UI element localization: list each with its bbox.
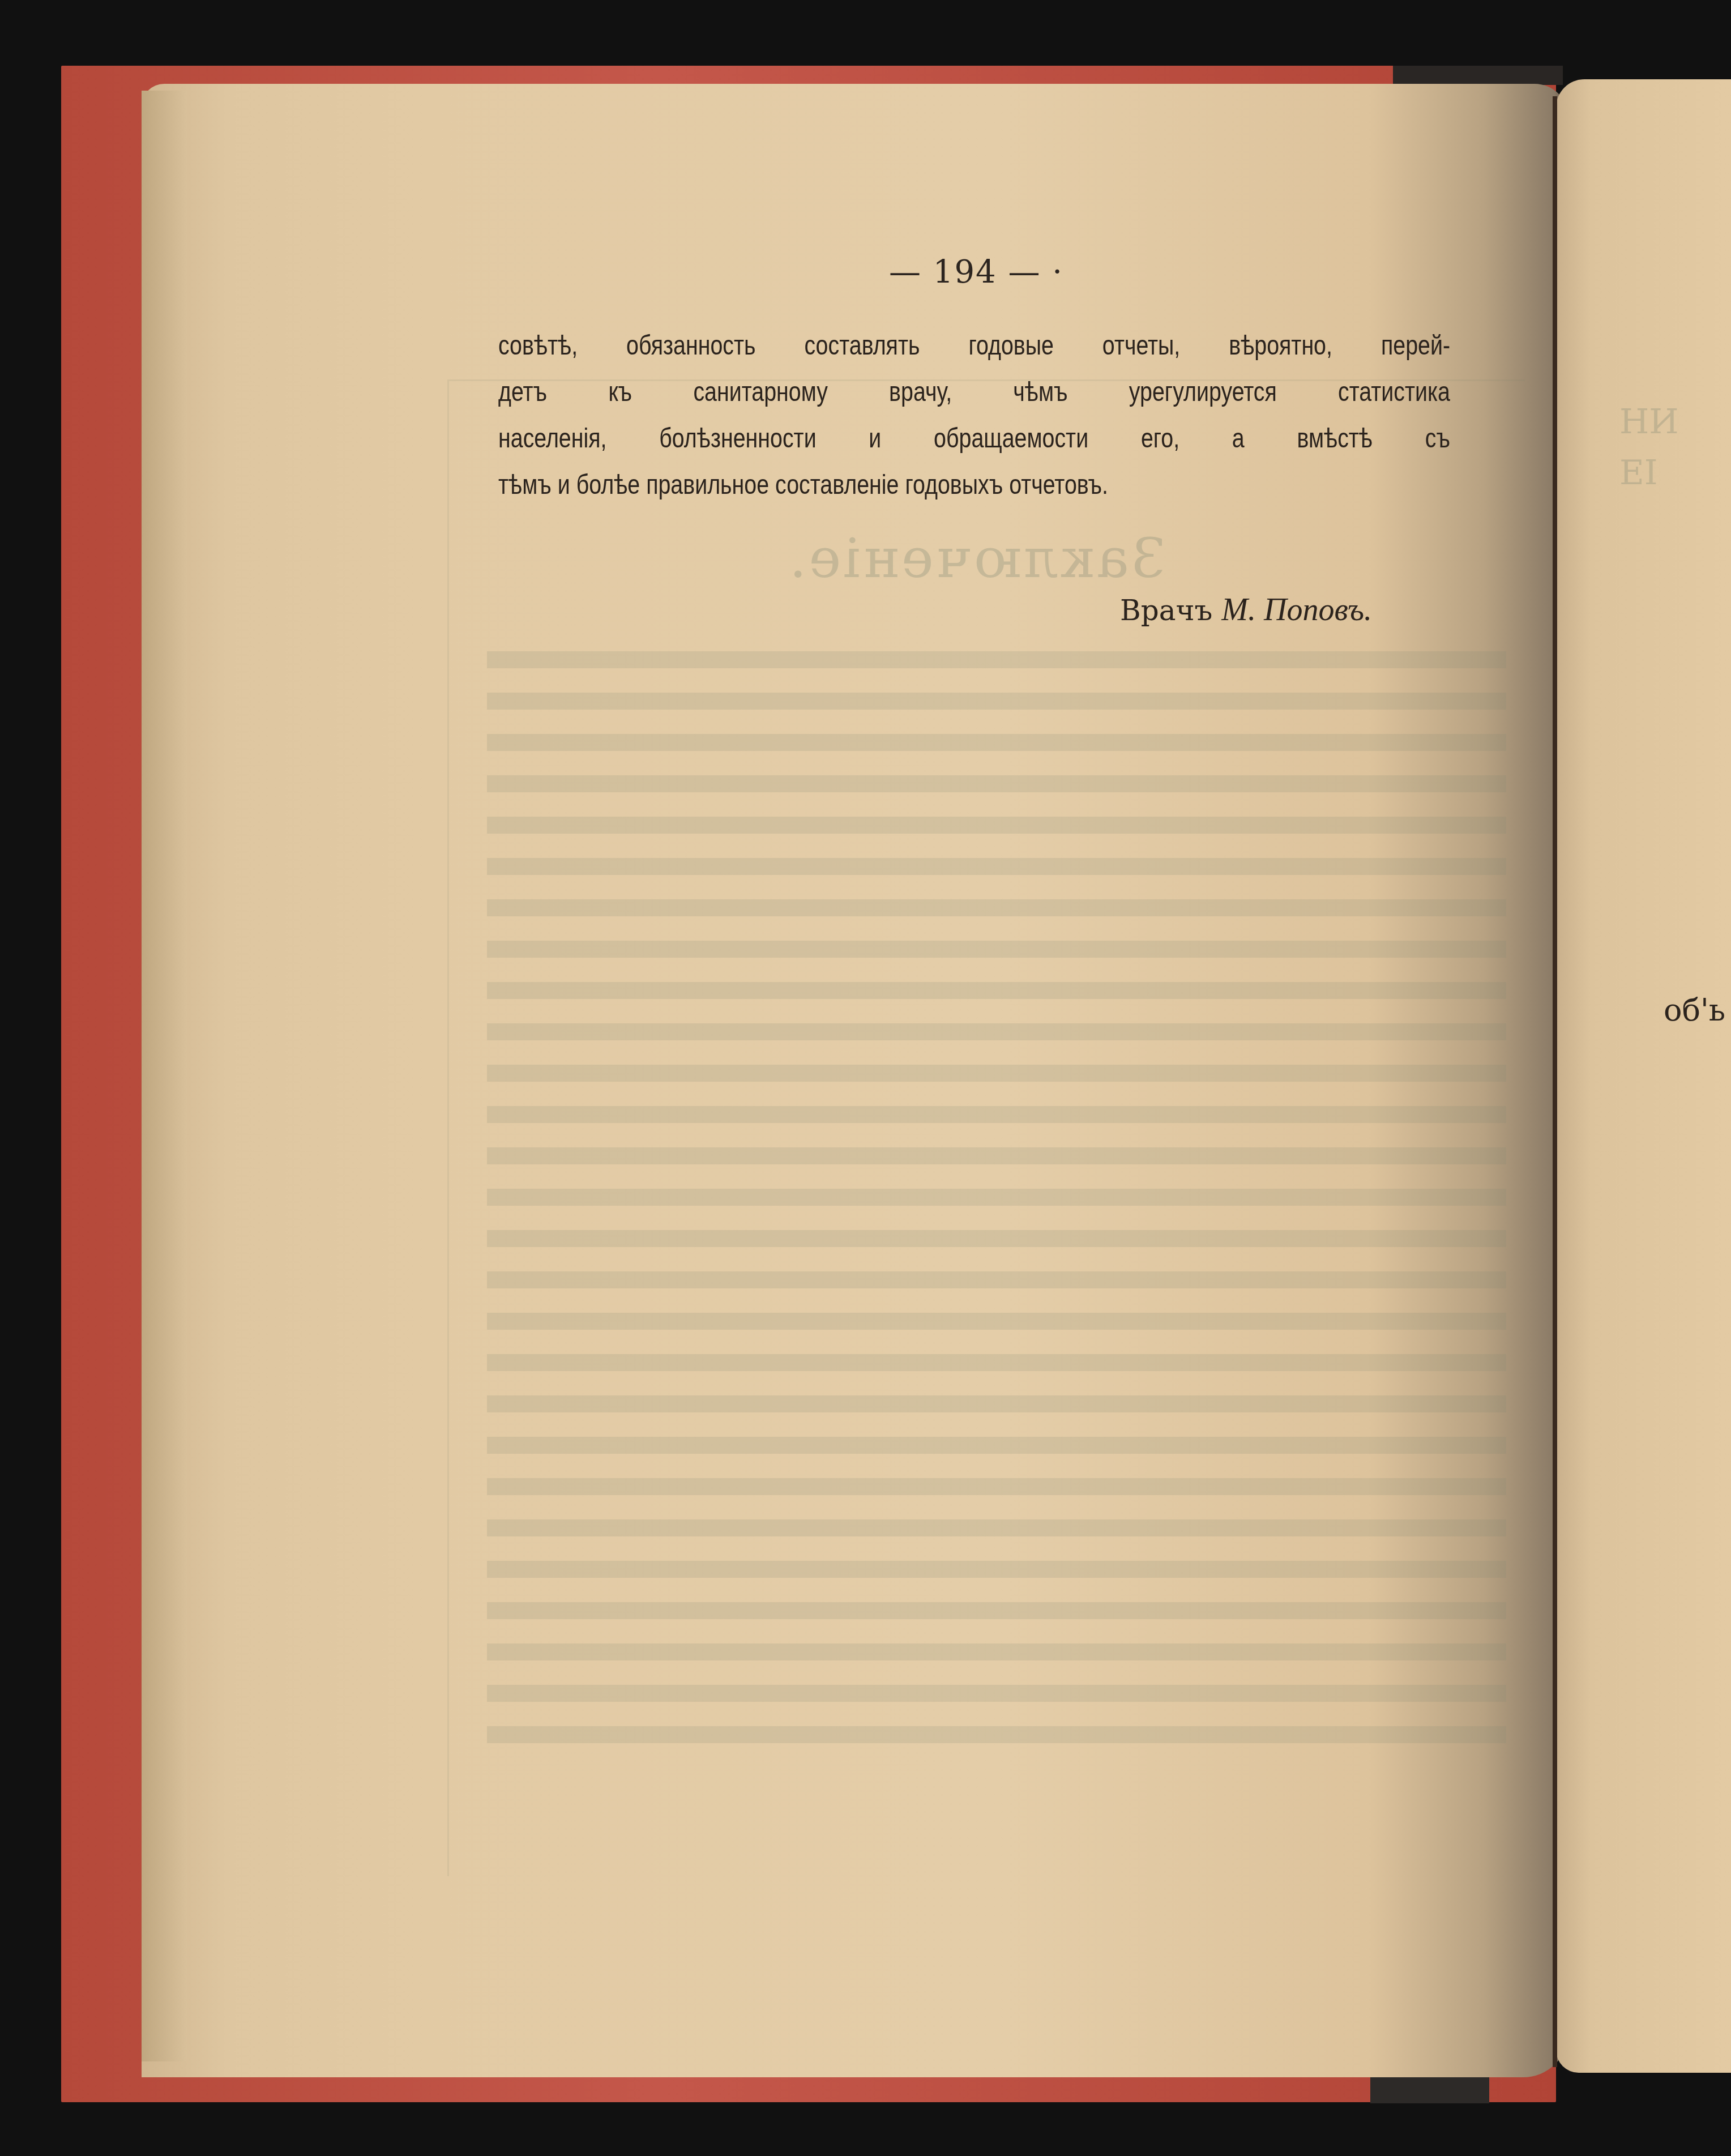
text-line: детъ къ санитарному врачу, чѣмъ урегулир… — [498, 369, 1450, 416]
text-line: совѣтѣ, обязанность составлять годовые о… — [498, 323, 1450, 369]
page-stack-edge — [142, 91, 187, 2061]
book-gutter — [1553, 96, 1557, 2067]
right-page-text-fragment: об'ь — [1664, 992, 1725, 1028]
text-line: населенія, болѣзненности и обращаемости … — [498, 416, 1450, 462]
signature-name: М. Поповъ. — [1221, 592, 1372, 627]
right-page — [1556, 79, 1731, 2073]
cover-spine-top — [1393, 66, 1563, 85]
signature-title: Врачъ — [1120, 594, 1212, 627]
text-line: тѣмъ и болѣе правильное составленіе годо… — [498, 462, 1450, 509]
body-paragraph: совѣтѣ, обязанность составлять годовые о… — [498, 323, 1279, 509]
right-page-bleed-through: НИ ЕI — [1619, 396, 1679, 498]
page-number: — 194 — · — [889, 254, 1063, 291]
signature: Врачъ М. Поповъ. — [1120, 592, 1372, 628]
